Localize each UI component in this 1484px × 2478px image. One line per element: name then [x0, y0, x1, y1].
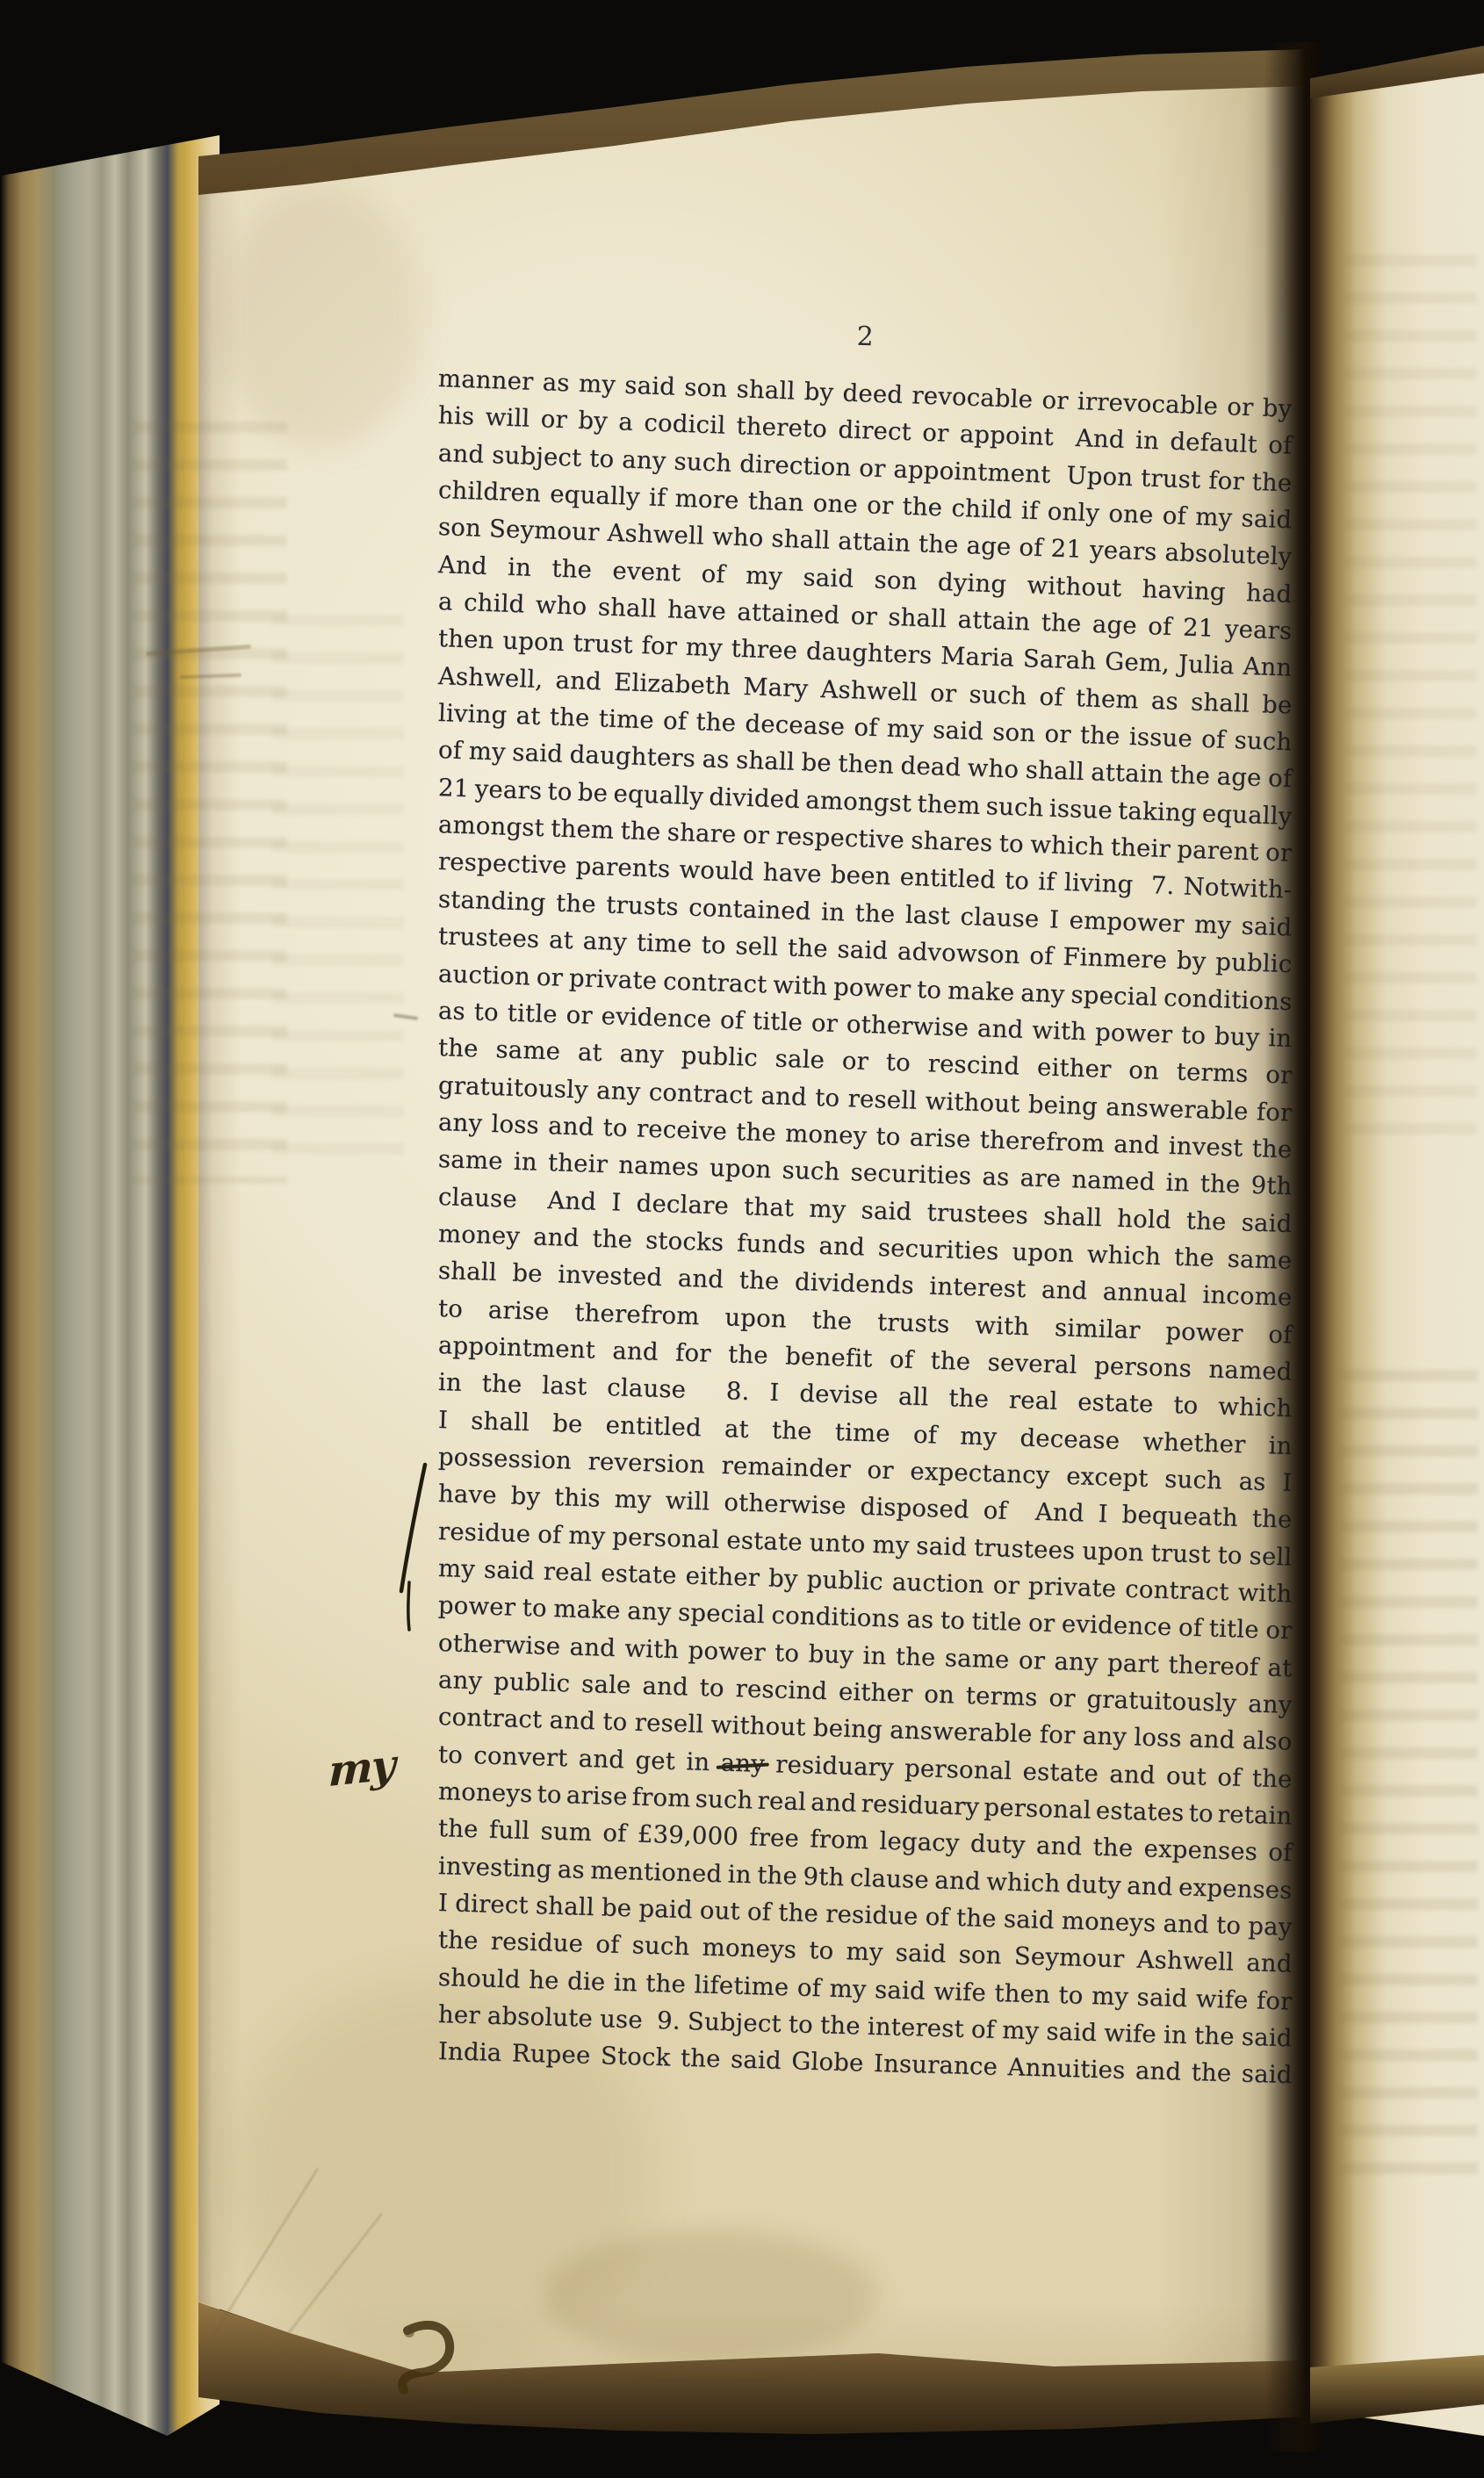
- word: and: [555, 661, 602, 700]
- word: Elizabeth: [613, 664, 731, 705]
- word: to: [602, 1109, 628, 1147]
- word: to: [998, 825, 1024, 863]
- word: in: [1135, 422, 1159, 460]
- word: attain: [1091, 754, 1164, 794]
- word: the: [895, 1638, 936, 1676]
- word: one: [1108, 495, 1155, 534]
- word: answerable: [1106, 1088, 1250, 1130]
- word: amongst: [805, 782, 912, 822]
- word: and: [1113, 1126, 1161, 1164]
- word: to: [1173, 1387, 1199, 1424]
- word: gratuitously: [1086, 1681, 1237, 1722]
- word: therefrom: [574, 1293, 700, 1335]
- word: similar: [1054, 1309, 1141, 1349]
- word: the: [555, 884, 596, 923]
- word: without: [925, 1083, 1020, 1123]
- word: remainder: [721, 1447, 851, 1488]
- word: my: [578, 365, 616, 404]
- word: Stock: [600, 2038, 671, 2078]
- word: appointment: [437, 1327, 595, 1369]
- word: by: [510, 1478, 541, 1516]
- word: and: [1127, 1867, 1174, 1905]
- word: my: [829, 1970, 867, 2008]
- word: such: [985, 788, 1044, 827]
- word: at: [515, 697, 541, 735]
- word: the: [1092, 1829, 1134, 1868]
- word: the: [481, 1365, 522, 1404]
- word: by: [803, 373, 834, 412]
- word: full: [488, 1812, 529, 1850]
- word: Finmere: [1063, 939, 1168, 979]
- word: my: [685, 629, 723, 667]
- word: any: [437, 1661, 482, 1700]
- word: lifetime: [694, 1966, 789, 2006]
- word: title: [752, 1003, 803, 1041]
- word: sale: [581, 1666, 632, 1704]
- word: And: [547, 1182, 597, 1221]
- word: die: [567, 1963, 606, 2001]
- word: And: [1075, 420, 1125, 458]
- word: otherwise: [724, 1484, 846, 1525]
- word: said: [916, 1527, 968, 1566]
- book-photo: 2 mannerasmysaidsonshallbydeedrevocableo…: [0, 0, 1484, 2478]
- word: residuary: [861, 1785, 980, 1826]
- word: either: [685, 1558, 760, 1597]
- word: son: [437, 508, 481, 547]
- word: money: [437, 1215, 520, 1255]
- word: of: [719, 1001, 745, 1039]
- word: any: [622, 441, 667, 479]
- word: moneys: [1061, 1902, 1156, 1941]
- word: of: [595, 1927, 620, 1964]
- word: thereof: [1168, 1646, 1259, 1686]
- word: the: [1041, 604, 1082, 643]
- word: respective: [775, 818, 905, 859]
- word: I: [1098, 1495, 1108, 1533]
- word: whether: [1142, 1423, 1246, 1463]
- word: therefrom: [979, 1121, 1106, 1163]
- word: out: [1165, 1757, 1207, 1796]
- word: said: [895, 1934, 947, 1973]
- word: devise: [799, 1375, 879, 1415]
- word: India: [437, 2033, 502, 2071]
- word: to: [1180, 1017, 1206, 1055]
- word: to: [701, 926, 726, 964]
- word: son: [992, 714, 1036, 753]
- word: Ashwell: [820, 671, 918, 711]
- word: any: [619, 1035, 665, 1074]
- word: who: [967, 750, 1019, 789]
- word: the: [1173, 1239, 1214, 1278]
- word: or: [866, 486, 894, 524]
- word: disposed: [860, 1488, 970, 1529]
- word: one: [812, 485, 859, 523]
- word: 21: [437, 769, 470, 808]
- word: revocable: [911, 377, 1034, 418]
- word: are: [1019, 1160, 1062, 1199]
- word: said: [861, 1192, 912, 1230]
- word: power: [1165, 1313, 1243, 1352]
- word: said: [512, 734, 564, 773]
- word: named: [1071, 1161, 1156, 1200]
- word: names: [618, 1147, 700, 1186]
- word: and: [578, 1740, 625, 1778]
- word: bequeath: [1121, 1496, 1238, 1537]
- word: to: [473, 993, 499, 1031]
- word: my: [1002, 2012, 1040, 2050]
- word: irrevocable: [1077, 383, 1219, 425]
- word: of: [796, 1969, 821, 2006]
- word: of: [925, 1898, 949, 1936]
- word: of: [1200, 721, 1226, 759]
- word: in: [862, 1637, 887, 1675]
- word: the: [1199, 1165, 1241, 1204]
- word: shall: [735, 742, 795, 782]
- word: in: [1163, 2016, 1187, 2054]
- word: residuary: [775, 1746, 895, 1786]
- word: decease: [745, 705, 846, 746]
- word: legacy: [879, 1823, 960, 1862]
- word: years: [1089, 531, 1157, 571]
- word: said: [1136, 1978, 1188, 2017]
- word: and: [810, 1783, 858, 1822]
- word: to: [815, 1078, 840, 1116]
- word: of: [1019, 529, 1044, 567]
- word: being: [812, 1710, 882, 1749]
- word: without: [1027, 566, 1122, 607]
- word: at: [577, 1034, 602, 1071]
- word: private: [1027, 1567, 1116, 1607]
- word: be: [801, 745, 832, 782]
- word: my: [1195, 498, 1233, 537]
- word: trustees: [437, 918, 540, 958]
- word: amongst: [437, 806, 544, 846]
- word: I: [611, 1184, 622, 1221]
- word: of: [912, 1415, 937, 1453]
- word: estate: [1077, 1384, 1155, 1423]
- word: residue: [490, 1923, 583, 1963]
- word: his: [437, 397, 475, 436]
- word: parents: [575, 848, 671, 889]
- word: auction: [891, 1564, 984, 1603]
- word: parent: [1177, 831, 1260, 870]
- word: trust: [573, 625, 634, 665]
- word: Seymour: [1013, 1938, 1125, 1978]
- word: invested: [558, 1257, 663, 1297]
- word: age: [1091, 606, 1137, 645]
- struck-word: any: [720, 1744, 765, 1783]
- word: manner: [437, 360, 534, 400]
- word: children: [437, 472, 541, 512]
- word: and: [1189, 1721, 1236, 1760]
- word: more: [674, 480, 739, 520]
- word: arise: [487, 1291, 550, 1330]
- word: £39,000: [637, 1816, 738, 1856]
- word: public: [806, 1561, 883, 1601]
- word: of: [889, 1341, 913, 1379]
- word: this: [554, 1479, 602, 1517]
- word: shall: [736, 371, 796, 410]
- word: default: [1170, 423, 1258, 464]
- word: public: [681, 1037, 758, 1077]
- word: to: [1058, 1977, 1084, 2014]
- word: shall: [1190, 683, 1250, 723]
- word: them: [1075, 680, 1139, 719]
- word: of: [1039, 678, 1064, 716]
- pen-slash-mark: [390, 1459, 439, 1635]
- word: estate: [1022, 1753, 1099, 1792]
- word: or: [867, 1452, 894, 1489]
- word: advowson: [897, 933, 1020, 975]
- word: clause: [960, 898, 1040, 938]
- word: auction: [437, 955, 530, 996]
- word: who: [711, 518, 764, 557]
- word: the: [778, 1894, 819, 1933]
- word: then: [994, 1975, 1051, 2013]
- word: buy: [808, 1635, 854, 1674]
- word: trustees: [926, 1193, 1029, 1234]
- word: appointment: [893, 450, 1051, 493]
- word: Maria: [940, 638, 1014, 677]
- word: and: [569, 1628, 616, 1667]
- word: to: [885, 1044, 911, 1082]
- word: to: [809, 1932, 834, 1970]
- word: title: [971, 1603, 1022, 1642]
- word: and: [549, 1702, 596, 1740]
- word: years: [474, 770, 543, 810]
- word: from: [810, 1821, 869, 1860]
- word: shall: [437, 1252, 497, 1291]
- word: than: [747, 482, 804, 522]
- word: receive: [636, 1110, 727, 1150]
- word: power: [688, 1632, 766, 1671]
- word: shall: [888, 599, 947, 638]
- word: to: [547, 773, 573, 810]
- word: 21: [1050, 530, 1083, 569]
- word: use: [600, 2000, 644, 2039]
- word: he: [529, 1962, 560, 1999]
- word: real: [543, 1553, 593, 1592]
- word: the: [437, 1921, 479, 1960]
- word: as: [557, 1851, 585, 1889]
- word: or: [810, 1005, 838, 1042]
- word: resell: [634, 1704, 704, 1744]
- word: to: [437, 1736, 463, 1774]
- word: answerable: [890, 1712, 1033, 1754]
- word: with: [773, 966, 828, 1005]
- word: in: [727, 1855, 752, 1893]
- word: the: [645, 1964, 687, 2003]
- word: or: [929, 674, 957, 712]
- word: and: [437, 435, 485, 473]
- word: to: [875, 1118, 901, 1156]
- word: my: [886, 710, 924, 749]
- word: contract: [437, 1698, 543, 1739]
- word: the: [1185, 1202, 1227, 1241]
- word: the: [551, 550, 593, 588]
- word: which: [986, 1863, 1061, 1903]
- word: gratuitously: [437, 1067, 588, 1109]
- word: clause: [437, 1178, 517, 1218]
- word: shall: [771, 521, 831, 560]
- word: absolute: [486, 1998, 593, 2038]
- word: issue: [1128, 718, 1192, 758]
- word: my: [872, 1526, 910, 1565]
- word: trust: [1150, 1534, 1211, 1573]
- word: only: [1047, 493, 1100, 532]
- word: of: [701, 555, 726, 593]
- word: shares: [911, 822, 993, 861]
- word: I: [769, 1374, 780, 1412]
- word: terms: [1176, 1054, 1249, 1093]
- word: wife: [1104, 2014, 1157, 2053]
- word: or: [742, 817, 770, 854]
- word: money: [785, 1115, 868, 1155]
- word: codicil: [644, 405, 726, 445]
- word: and: [1041, 1271, 1088, 1310]
- word: be: [512, 1255, 544, 1293]
- word: such: [674, 443, 732, 482]
- word: which: [1030, 826, 1106, 866]
- word: dead: [900, 747, 962, 787]
- word: or: [1044, 716, 1072, 753]
- word: duty: [1065, 1865, 1121, 1904]
- word: such: [631, 1927, 690, 1966]
- facing-page-edge: [1310, 49, 1484, 2443]
- word: the: [736, 1113, 777, 1152]
- word: part: [1107, 1644, 1160, 1682]
- word: arise: [909, 1119, 971, 1158]
- text-block: mannerasmysaidsonshallbydeedrevocableori…: [438, 360, 1293, 2071]
- word: my: [437, 1550, 475, 1588]
- word: empower: [1069, 902, 1185, 943]
- word: of: [602, 1815, 627, 1853]
- word: same: [944, 1639, 1010, 1679]
- word: and: [976, 1010, 1024, 1048]
- word: same: [437, 1141, 503, 1180]
- word: declare: [636, 1185, 730, 1225]
- word: such: [782, 1152, 840, 1191]
- word: the: [771, 1411, 812, 1450]
- word: or: [1018, 1641, 1045, 1679]
- word: annual: [1102, 1273, 1187, 1313]
- word: to: [537, 1776, 562, 1813]
- word: son: [684, 369, 728, 407]
- word: attain: [957, 601, 1031, 641]
- word: or: [1227, 388, 1255, 426]
- word: age: [1216, 759, 1262, 797]
- word: loss: [491, 1106, 540, 1144]
- word: to: [522, 1589, 547, 1627]
- word: Julia: [1178, 646, 1235, 686]
- word: or: [850, 597, 878, 635]
- word: subject: [492, 436, 583, 477]
- word: said: [483, 1552, 535, 1590]
- word: to: [774, 1634, 800, 1672]
- word: any: [627, 1593, 672, 1632]
- word: Sarah: [1022, 640, 1097, 680]
- word: at: [724, 1410, 749, 1448]
- word: out: [699, 1892, 740, 1931]
- word: said: [837, 931, 889, 969]
- word: And: [437, 546, 487, 585]
- word: Annuities: [1007, 2049, 1126, 2090]
- word: said: [1046, 2013, 1098, 2052]
- word: clause: [607, 1369, 687, 1408]
- word: except: [1066, 1458, 1149, 1497]
- word: clause: [849, 1859, 929, 1898]
- word: the: [1079, 717, 1120, 755]
- word: as: [437, 992, 465, 1030]
- word: any: [582, 923, 628, 962]
- word: personal: [612, 1518, 720, 1559]
- word: the: [1191, 2054, 1232, 2093]
- word: to: [602, 1704, 628, 1741]
- word: will: [665, 1482, 710, 1521]
- word: evidence: [1061, 1606, 1172, 1646]
- word: the: [437, 1029, 479, 1068]
- word: entitled: [899, 859, 997, 899]
- word: such: [1164, 1460, 1223, 1499]
- word: wife: [933, 1973, 987, 2012]
- word: decease: [1019, 1419, 1120, 1459]
- word: get: [635, 1741, 676, 1780]
- word: estate: [726, 1522, 803, 1561]
- word: benefit: [785, 1337, 874, 1377]
- word: wife: [1195, 1980, 1249, 2019]
- word: Insurance: [873, 2045, 998, 2085]
- word: 9th: [803, 1858, 845, 1897]
- word: at: [548, 921, 573, 959]
- word: the: [854, 895, 896, 933]
- word: entitled: [605, 1407, 702, 1447]
- word: living: [1063, 864, 1134, 904]
- word: power: [832, 968, 911, 1007]
- word: 8.: [725, 1372, 750, 1410]
- word: shall: [471, 1402, 530, 1441]
- word: said: [1003, 1901, 1055, 1940]
- word: of: [970, 2011, 995, 2049]
- word: resell: [847, 1080, 918, 1120]
- word: to: [589, 440, 615, 478]
- word: estates: [1095, 1792, 1185, 1832]
- word: the: [819, 2006, 861, 2045]
- word: such: [695, 1781, 753, 1819]
- word: the: [1194, 2017, 1235, 2056]
- word: interest: [929, 1268, 1027, 1308]
- word: taking: [1118, 792, 1198, 832]
- word: said: [875, 1971, 926, 2010]
- word: on: [1128, 1052, 1160, 1090]
- word: Upon: [1066, 457, 1134, 496]
- word: or: [841, 1042, 868, 1080]
- word: moneys: [437, 1773, 533, 1812]
- word: sale: [774, 1041, 825, 1079]
- word: and: [818, 1228, 866, 1266]
- word: special: [677, 1595, 765, 1634]
- word: make: [947, 972, 1015, 1012]
- word: my: [745, 557, 782, 595]
- word: power: [437, 1587, 515, 1626]
- torn-edge-mark: [383, 2318, 515, 2397]
- word: real: [757, 1783, 807, 1821]
- word: issue: [1048, 789, 1113, 829]
- word: their: [1110, 829, 1171, 868]
- word: personal: [904, 1749, 1012, 1790]
- word: son: [958, 1936, 1002, 1975]
- word: sum: [540, 1813, 593, 1852]
- word: expectancy: [910, 1452, 1050, 1494]
